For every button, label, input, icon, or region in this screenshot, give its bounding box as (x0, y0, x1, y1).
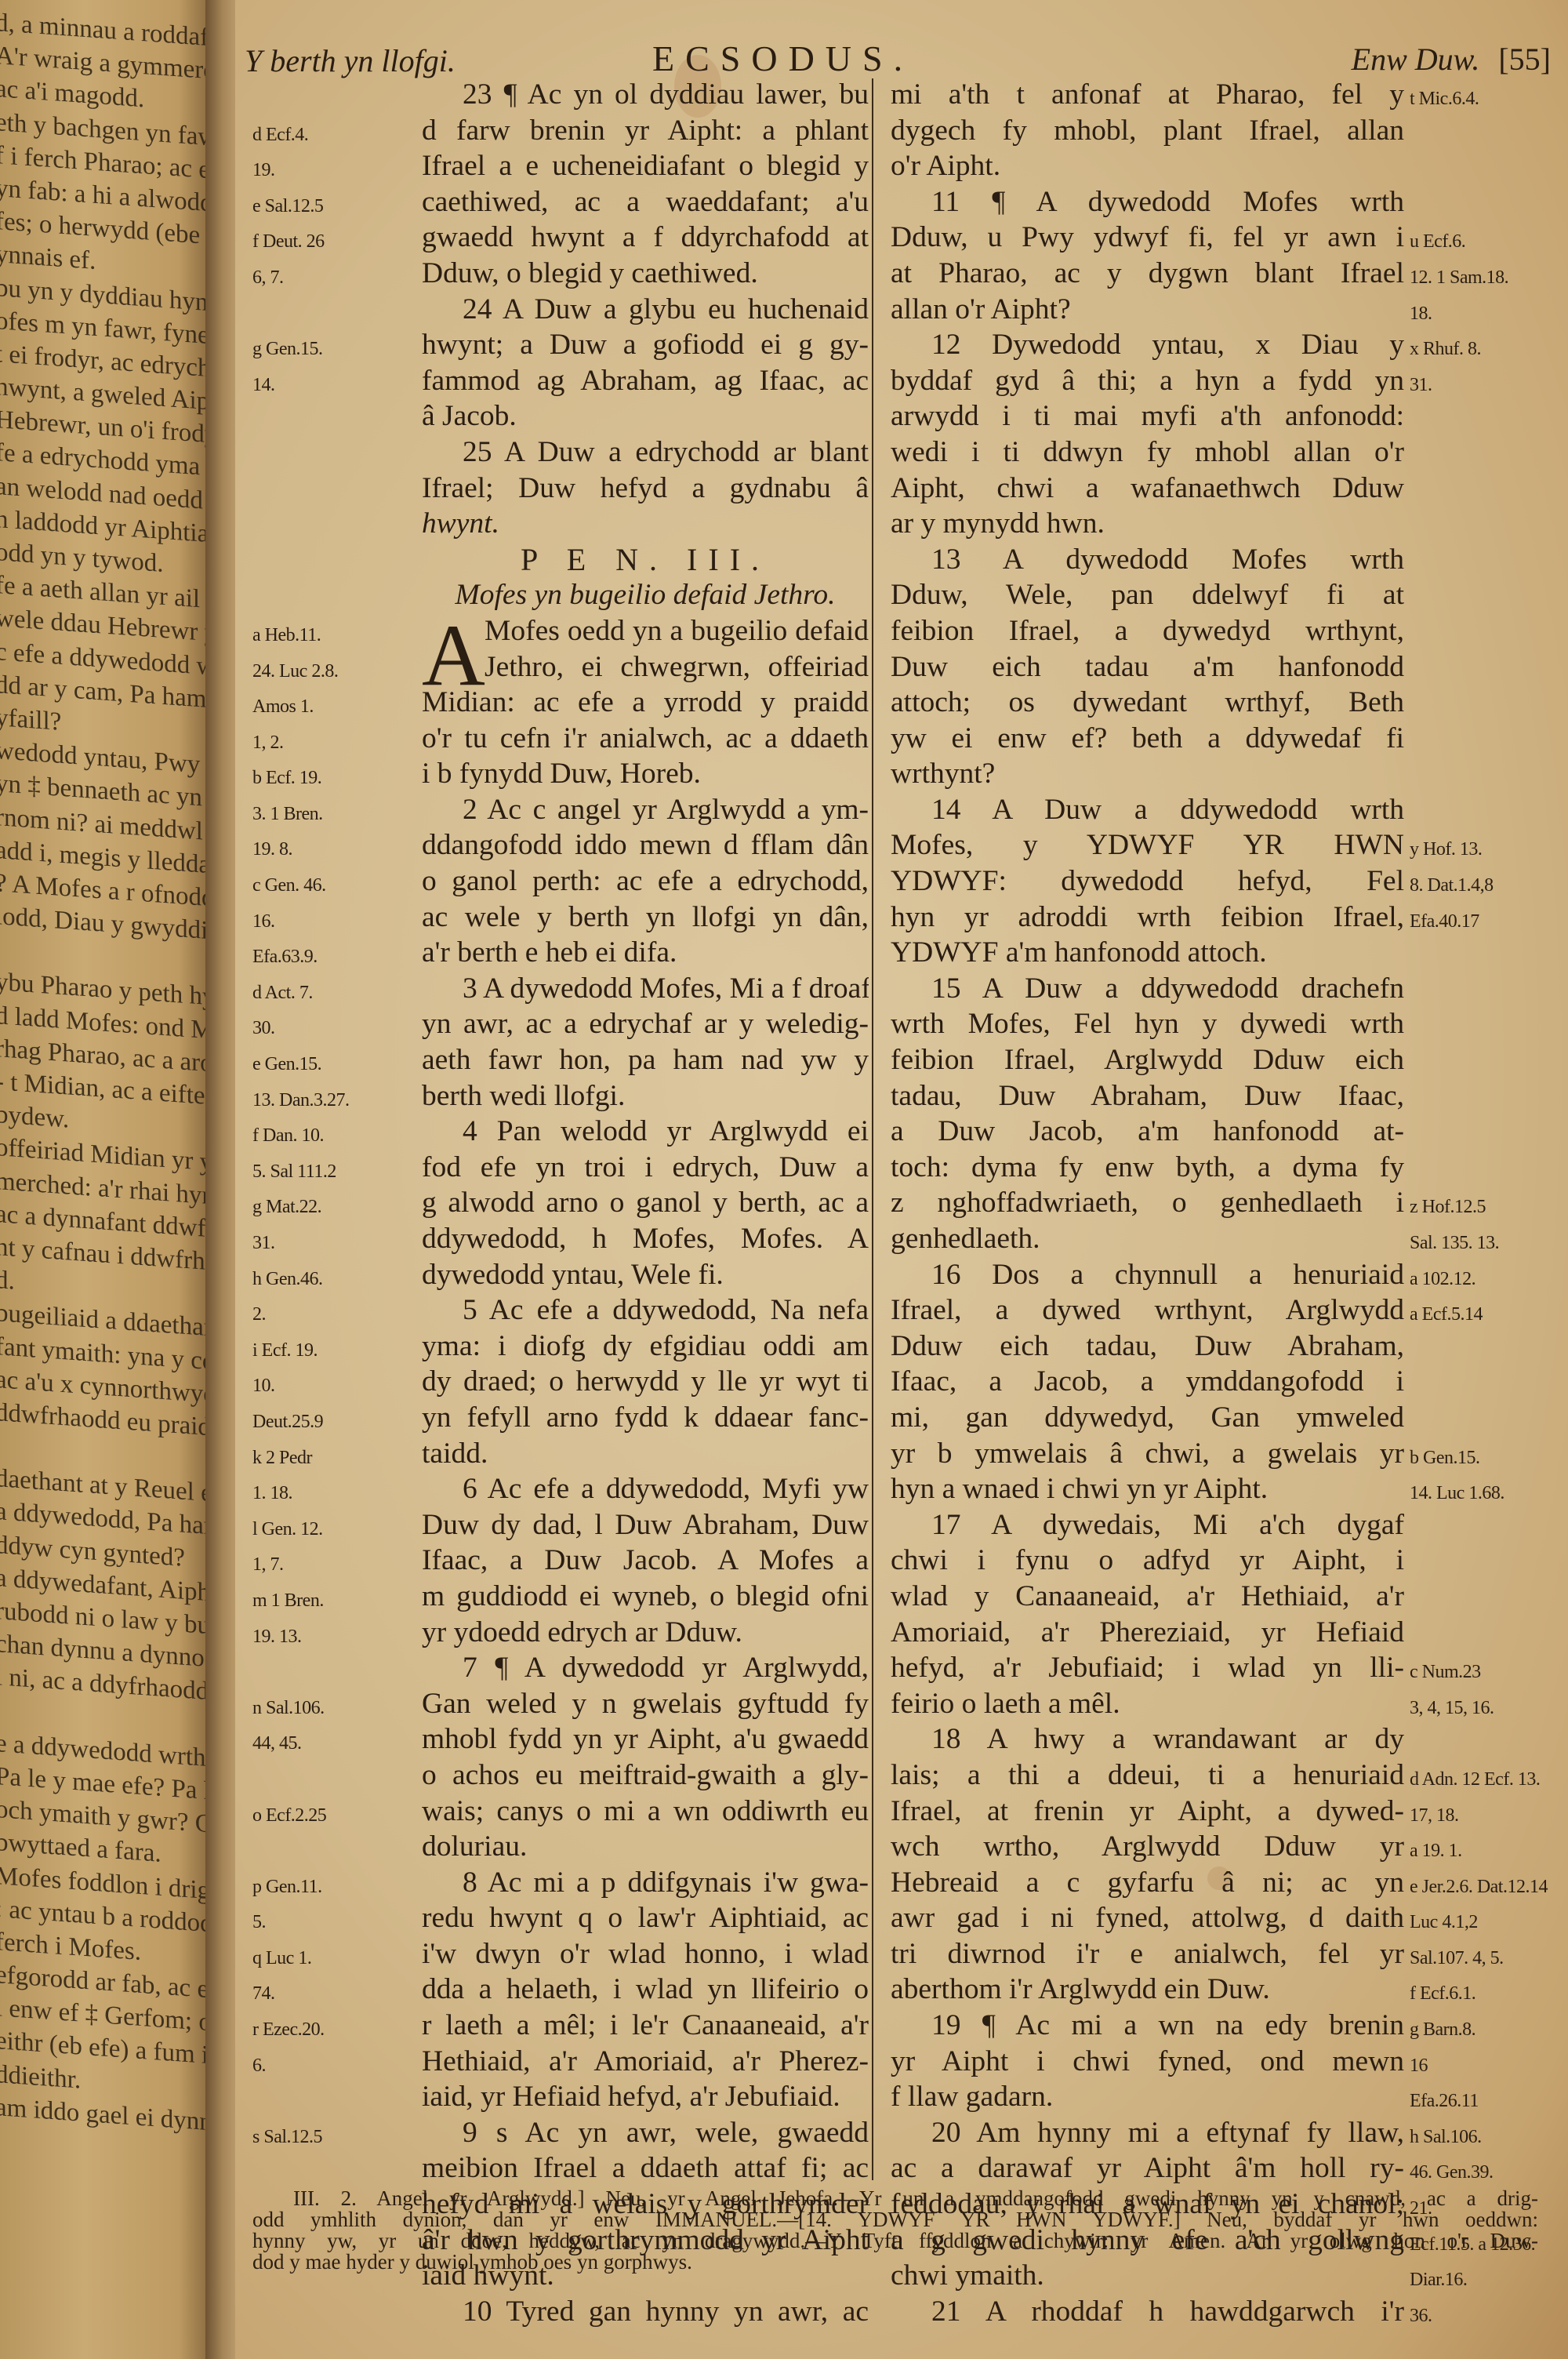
verse-text: ac wele y berth yn llofgi yn dân, (422, 900, 869, 936)
verse-line: Ifrael; Duw hefyd a gydnabu â (235, 471, 870, 507)
verse-text: 11 ¶ A dywedodd Mofes wrth (891, 184, 1404, 220)
verse-text: feibion Ifrael, Arglwydd Dduw eich (891, 1042, 1404, 1078)
verse-line: Ifrael, a dywed wrthynt, Arglwydda Ecf.5… (884, 1292, 1566, 1329)
verse-text: hyn yr adroddi wrth feibion Ifrael, (891, 900, 1404, 936)
verse-text: fammod ag Abraham, ag Ifaac, ac (422, 363, 869, 399)
verse-text: Aipht, chwi a wafanaethwch Dduw (891, 471, 1404, 507)
verse-line: 24 A Duw a glybu eu huchenaid (235, 292, 870, 328)
verse-line: arwydd i ti mai myfi a'th anfonodd: (884, 398, 1566, 434)
verse-line: doluriau. (235, 1829, 870, 1865)
verse-text: ac a darawaf yr Aipht â'm holl ry- (891, 2150, 1404, 2186)
verse-line: 14.fammod ag Abraham, ag Ifaac, ac (235, 363, 870, 399)
facing-page: d, a minnau a roddaf i tiA'r wraig a gym… (0, 0, 210, 2359)
verse-line: 13 A dywedodd Mofes wrth (884, 542, 1566, 578)
verse-text: fod efe yn troi i edrych, Duw a (422, 1150, 869, 1186)
verse-line: ar y mynydd hwn. (884, 506, 1566, 542)
column-divider (872, 78, 873, 2180)
page-number: [55] (1498, 42, 1551, 77)
verse-text: 21 A rhoddaf h hawddgarwch i'r (891, 2294, 1404, 2330)
verse-line: b Ecf. 19.i b fynydd Duw, Horeb. (235, 756, 870, 792)
left-column: 23 ¶ Ac yn ol dyddiau lawer, bud Ecf.4.d… (235, 77, 870, 2329)
verse-line: 44, 45.mhobl fydd yn yr Aipht, a'u gwaed… (235, 1721, 870, 1757)
verse-text: dda a helaeth, i wlad yn llifeirio o (422, 1972, 869, 2008)
verse-line: 17 A dywedais, Mi a'ch dygaf (884, 1507, 1566, 1543)
verse-text: d farw brenin yr Aipht: a phlant (422, 113, 869, 149)
verse-line: feibion Ifrael, Arglwydd Dduw eich (884, 1042, 1566, 1078)
verse-text: 8 Ac mi a p ddifgynais i'w gwa- (422, 1865, 869, 1901)
right-column: mi a'th t anfonaf at Pharao, fel yt Mic.… (884, 77, 1566, 2329)
verse-line: mi, gan ddywedyd, Gan ymweled (884, 1400, 1566, 1436)
verse-line: wrthynt? (884, 756, 1566, 792)
verse-line: YDWYF: dywedodd hefyd, Fel8. Dat.1.4,8 (884, 863, 1566, 900)
verse-line: yr Aipht i chwi fyned, ond mewn16 (884, 2044, 1566, 2080)
verse-line: a Duw Jacob, a'm hanfonodd at- (884, 1114, 1566, 1150)
verse-text: taidd. (422, 1436, 869, 1472)
verse-line: at Pharao, ac y dygwn blant Ifrael12. 1 … (884, 256, 1566, 292)
verse-text: Dduw, o blegid y caethiwed. (422, 256, 869, 292)
verse-text: 2 Ac c angel yr Arglwydd a ym- (422, 792, 869, 828)
verse-text: dywedodd yntau, Wele fi. (422, 1257, 869, 1293)
verse-text: feibion Ifrael, a dywedyd wrthynt, (891, 613, 1404, 649)
verse-line: 7 ¶ A dywedodd yr Arglwydd, (235, 1650, 870, 1686)
verse-text: Ifrael; Duw hefyd a gydnabu â (422, 471, 869, 507)
verse-line: 18 A hwy a wrandawant ar dy (884, 1721, 1566, 1757)
verse-line: tadau, Duw Abraham, Duw Ifaac, (884, 1078, 1566, 1114)
facing-page-text: d, a minnau a roddaf i tiA'r wraig a gym… (0, 6, 210, 2139)
verse-text: mi a'th t anfonaf at Pharao, fel y (891, 77, 1404, 113)
verse-text: i b fynydd Duw, Horeb. (422, 756, 869, 792)
verse-text: Duw eich tadau a'm hanfonodd (891, 649, 1404, 685)
verse-text: Dduw, u Pwy ydwyf fi, fel yr awn i (891, 220, 1404, 256)
verse-line: d Ecf.4.d farw brenin yr Aipht: a phlant (235, 113, 870, 149)
verse-text: Hebreaid a c gyfarfu â ni; ac yn (891, 1865, 1404, 1901)
verse-line: hwynt. (235, 506, 870, 542)
verse-line: hefyd, a'r Jebufiaid; i wlad yn lli-c Nu… (884, 1650, 1566, 1686)
verse-text: caethiwed, ac a waeddafant; a'u (422, 184, 869, 220)
verse-line: allan o'r Aipht?18. (884, 292, 1566, 328)
verse-text: Amoriaid, a'r Phereziaid, yr Hefiaid (891, 1615, 1404, 1651)
verse-line: feirio o laeth a mêl.3, 4, 15, 16. (884, 1686, 1566, 1722)
verse-text: aeth fawr hon, pa ham nad yw y (422, 1042, 869, 1078)
verse-line: k 2 Pedrtaidd. (235, 1436, 870, 1472)
verse-text: toch: dyma fy enw byth, a dyma fy (891, 1150, 1404, 1186)
verse-text: yn fefyll arno fydd k ddaear fanc- (422, 1400, 869, 1436)
verse-line: chwi i fynu o adfyd yr Aipht, i (884, 1543, 1566, 1579)
verse-line: aberthom i'r Arglwydd ein Duw.f Ecf.6.1. (884, 1972, 1566, 2008)
verse-text: mi, gan ddywedyd, Gan ymweled (891, 1400, 1404, 1436)
verse-text: hwynt; a Duw a gofiodd ei g gy- (422, 327, 869, 363)
verse-text: yma: i diofg dy efgidiau oddi am (422, 1329, 869, 1365)
verse-text: 5 Ac efe a ddywedodd, Na nefa (422, 1292, 869, 1329)
verse-line: 19. 8.ddangofodd iddo mewn d fflam dân (235, 827, 870, 863)
verse-text: 14 A Duw a ddywedodd wrth (891, 792, 1404, 828)
footnote-line: hynny yw, yr un ddoe, heddyw, ac yn drag… (252, 2230, 1538, 2252)
verse-text: 19 ¶ Ac mi a wn na edy brenin (891, 2008, 1404, 2044)
verse-line: 12 Dywedodd yntau, x Diau yx Rhuf. 8. (884, 327, 1566, 363)
verse-line: YDWYF a'm hanfonodd attoch. (884, 935, 1566, 971)
verse-text: hefyd, a'r Jebufiaid; i wlad yn lli- (891, 1650, 1404, 1686)
verse-text: gwaedd hwynt a f ddyrchafodd at (422, 220, 869, 256)
verse-text: P E N. III. (422, 542, 869, 578)
footnote-line: odd ymhlith dynion, dan yr enw IMMANUEL.… (252, 2209, 1538, 2230)
verse-line: n Sal.106.Gan weled y n gwelais gyftudd … (235, 1686, 870, 1722)
verse-text: m guddiodd ei wyneb, o blegid ofni (422, 1579, 869, 1615)
verse-text: ar y mynydd hwn. (891, 506, 1404, 542)
verse-line: 1. 18.6 Ac efe a ddywedodd, Myfi yw (235, 1471, 870, 1507)
verse-text: z nghoffadwriaeth, o genhedlaeth i (891, 1185, 1404, 1221)
verse-line: 19 ¶ Ac mi a wn na edy brening Barn.8. (884, 2008, 1566, 2044)
verse-line: feibion Ifrael, a dywedyd wrthynt, (884, 613, 1566, 649)
verse-text: 4 Pan welodd yr Arglwydd ei (422, 1114, 869, 1150)
verse-text: attoch; os dywedant wrthyf, Beth (891, 685, 1404, 721)
verse-line: wlad y Canaaneaid, a'r Hethiaid, a'r (884, 1579, 1566, 1615)
verse-line: d Act. 7.3 A dywedodd Mofes, Mi a f droa… (235, 971, 870, 1007)
verse-line: o achos eu meiftraid-gwaith a gly- (235, 1757, 870, 1794)
verse-text: wrth Mofes, Fel hyn y dywedi wrth (891, 1006, 1404, 1042)
verse-line: g Gen.15.hwynt; a Duw a gofiodd ei g gy- (235, 327, 870, 363)
verse-text: Ifrael a e ucheneidiafant o blegid y (422, 148, 869, 184)
verse-line: 3. 1 Bren.2 Ac c angel yr Arglwydd a ym- (235, 792, 870, 828)
verse-line: Deut.25.9yn fefyll arno fydd k ddaear fa… (235, 1400, 870, 1436)
verse-line: 23 ¶ Ac yn ol dyddiau lawer, bu (235, 77, 870, 113)
verse-line: 31.ddywedodd, h Mofes, Mofes. A (235, 1221, 870, 1257)
verse-text: tri diwrnod i'r e anialwch, fel yr (891, 1936, 1404, 1972)
footnotes: III. 2. Angel yr Arglwydd.] Neu, yr Ange… (252, 2188, 1538, 2273)
verse-text: Mofes oedd yn a bugeilio defaid (485, 613, 869, 649)
verse-text: YDWYF a'm hanfonodd attoch. (891, 935, 1404, 971)
verse-text: o achos eu meiftraid-gwaith a gly- (422, 1757, 869, 1794)
verse-text: f llaw gadarn. (891, 2079, 1404, 2115)
verse-line: meibion Ifrael a ddaeth attaf fi; ac (235, 2150, 870, 2186)
verse-text: aberthom i'r Arglwydd ein Duw. (891, 1972, 1404, 2008)
verse-line: 2.5 Ac efe a ddywedodd, Na nefa (235, 1292, 870, 1329)
verse-text: wrthynt? (891, 756, 1404, 792)
verse-line: 5. Sal 111.2fod efe yn troi i edrych, Du… (235, 1150, 870, 1186)
verse-line: s Sal.12.59 s Ac yn awr, wele, gwaedd (235, 2115, 870, 2151)
verse-text: 17 A dywedais, Mi a'ch dygaf (891, 1507, 1404, 1543)
verse-line: Duw eich tadau a'm hanfonodd (884, 649, 1566, 685)
book-page: Y berth yn llofgi. ECSODUS. Enw Duw. [55… (235, 0, 1568, 2359)
verse-text: 15 A Duw a ddywedodd drachefn (891, 971, 1404, 1007)
verse-text: o'r tu cefn i'r anialwch, ac a ddaeth (422, 721, 869, 757)
verse-line: 6.Hethiaid, a'r Amoriaid, a'r Pherez- (235, 2044, 870, 2080)
verse-text: yr b ymwelais â chwi, a gwelais yr (891, 1436, 1404, 1472)
verse-text: mhobl fydd yn yr Aipht, a'u gwaedd (422, 1721, 869, 1757)
verse-line: attoch; os dywedant wrthyf, Beth (884, 685, 1566, 721)
verse-text: Dduw, Wele, pan ddelwyf fi at (891, 577, 1404, 613)
verse-text: allan o'r Aipht? (891, 292, 1404, 328)
verse-line: e Gen.15.aeth fawr hon, pa ham nad yw y (235, 1042, 870, 1078)
verse-text: feirio o laeth a mêl. (891, 1686, 1404, 1722)
verse-line: 13. Dan.3.27.berth wedi llofgi. (235, 1078, 870, 1114)
verse-text: lais; a thi a ddeui, ti a henuriaid (891, 1757, 1404, 1794)
verse-line: Mofes, y YDWYF YR HWNy Hof. 13. (884, 827, 1566, 863)
verse-text: â Jacob. (422, 398, 869, 434)
verse-line: Ifrael, at frenin yr Aipht, a dywed-17, … (884, 1794, 1566, 1830)
verse-text: wch wrtho, Arglwydd Dduw yr (891, 1829, 1404, 1865)
verse-line: a Heb.11.Mofes oedd yn a bugeilio defaid… (235, 613, 870, 649)
verse-line: awr gad i ni fyned, attolwg, d daithLuc … (884, 1900, 1566, 1936)
verse-line: wch wrtho, Arglwydd Dduw yra 19. 1. (884, 1829, 1566, 1865)
verse-line: hyn yr adroddi wrth feibion Ifrael,Efa.4… (884, 900, 1566, 936)
verse-text: a'r berth e heb ei difa. (422, 935, 869, 971)
verse-text: arwydd i ti mai myfi a'th anfonodd: (891, 398, 1404, 434)
verse-text: ddangofodd iddo mewn d fflam dân (422, 827, 869, 863)
verse-text: redu hwynt q o law'r Aiphtiaid, ac (422, 1900, 869, 1936)
verse-line: g Mat.22.g alwodd arno o ganol y berth, … (235, 1185, 870, 1221)
verse-line: 6, 7.Dduw, o blegid y caethiwed. (235, 256, 870, 292)
verse-text: 16 Dos a chynnull a henuriaid (891, 1257, 1404, 1293)
verse-text: 24 A Duw a glybu eu huchenaid (422, 292, 869, 328)
verse-text: 3 A dywedodd Mofes, Mi a f droaf (422, 971, 869, 1007)
verse-line: byddaf gyd â thi; a hyn a fydd yn31. (884, 363, 1566, 399)
verse-text: i'w dwyn o'r wlad honno, i wlad (422, 1936, 869, 1972)
verse-line: 30.yn awr, ac a edrychaf ar y weledig- (235, 1006, 870, 1042)
verse-text: wedi i ti ddwyn fy mhobl allan o'r (891, 434, 1404, 471)
verse-line: r Ezec.20.r laeth a mêl; i le'r Canaanea… (235, 2008, 870, 2044)
verse-text: 12 Dywedodd yntau, x Diau y (891, 327, 1404, 363)
verse-line: wedi i ti ddwyn fy mhobl allan o'r (884, 434, 1566, 471)
verse-line: genhedlaeth.Sal. 135. 13. (884, 1221, 1566, 1257)
verse-line: 16.ac wele y berth yn llofgi yn dân, (235, 900, 870, 936)
verse-text: Ifrael, at frenin yr Aipht, a dywed- (891, 1794, 1404, 1830)
book-title: ECSODUS. (652, 38, 913, 79)
chapter-summary: Mofes yn bugeilio defaid Jethro. (235, 577, 870, 613)
verse-text: 7 ¶ A dywedodd yr Arglwydd, (422, 1650, 869, 1686)
verse-line: iaid, yr Hefiaid hefyd, a'r Jebufiaid. (235, 2079, 870, 2115)
verse-line: 1, 2.o'r tu cefn i'r anialwch, ac a ddae… (235, 721, 870, 757)
verse-text: tadau, Duw Abraham, Duw Ifaac, (891, 1078, 1404, 1114)
verse-text: doluriau. (422, 1829, 869, 1865)
footnote-line: III. 2. Angel yr Arglwydd.] Neu, yr Ange… (252, 2188, 1538, 2209)
verse-text: ddywedodd, h Mofes, Mofes. A (422, 1221, 869, 1257)
verse-text: dygech fy mhobl, plant Ifrael, allan (891, 113, 1404, 149)
verse-line: o'r Aipht. (884, 148, 1566, 184)
verse-line: Dduw, u Pwy ydwyf fi, fel yr awn iu Ecf.… (884, 220, 1566, 256)
verse-line: f llaw gadarn.Efa.26.11 (884, 2079, 1566, 2115)
verse-line: q Luc 1.i'w dwyn o'r wlad honno, i wlad (235, 1936, 870, 1972)
verse-line: Amos 1.Midian: ac efe a yrrodd y praidd (235, 685, 870, 721)
verse-text: 13 A dywedodd Mofes wrth (891, 542, 1404, 578)
verse-line: hyn a wnaed i chwi yn yr Aipht.14. Luc 1… (884, 1471, 1566, 1507)
verse-text: Dduw eich tadau, Duw Abraham, (891, 1329, 1404, 1365)
verse-text: iaid, yr Hefiaid hefyd, a'r Jebufiaid. (422, 2079, 869, 2115)
verse-text: Gan weled y n gwelais gyftudd fy (422, 1686, 869, 1722)
verse-line: tri diwrnod i'r e anialwch, fel yrSal.10… (884, 1936, 1566, 1972)
verse-text: Ifrael, a dywed wrthynt, Arglwydd (891, 1292, 1404, 1329)
verse-line: 25 A Duw a edrychodd ar blant (235, 434, 870, 471)
verse-text: meibion Ifrael a ddaeth attaf fi; ac (422, 2150, 869, 2186)
verse-line: 16 Dos a chynnull a henuriaida 102.12. (884, 1257, 1566, 1293)
verse-line: Dduw eich tadau, Duw Abraham, (884, 1329, 1566, 1365)
verse-text: hyn a wnaed i chwi yn yr Aipht. (891, 1471, 1404, 1507)
verse-line: l Gen. 12.Duw dy dad, l Duw Abraham, Duw (235, 1507, 870, 1543)
verse-text: at Pharao, ac y dygwn blant Ifrael (891, 256, 1404, 292)
verse-line: i Ecf. 19.yma: i diofg dy efgidiau oddi … (235, 1329, 870, 1365)
verse-text: 18 A hwy a wrandawant ar dy (891, 1721, 1404, 1757)
verse-text: a Duw Jacob, a'm hanfonodd at- (891, 1114, 1404, 1150)
verse-line: 21 A rhoddaf h hawddgarwch i'r36. (884, 2294, 1566, 2330)
verse-line: dygech fy mhobl, plant Ifrael, allan (884, 113, 1566, 149)
header-right: Enw Duw. [55] (1352, 41, 1551, 78)
verse-line: c Gen. 46.o ganol perth: ac efe a edrych… (235, 863, 870, 900)
verse-text: berth wedi llofgi. (422, 1078, 869, 1114)
verse-text: awr gad i ni fyned, attolwg, d daith (891, 1900, 1404, 1936)
header-right-title: Enw Duw. (1352, 42, 1480, 77)
verse-line: mi a'th t anfonaf at Pharao, fel yt Mic.… (884, 77, 1566, 113)
verse-line: o Ecf.2.25wais; canys o mi a wn oddiwrth… (235, 1794, 870, 1830)
verse-line: 20 Am hynny mi a eftynaf fy llaw,h Sal.1… (884, 2115, 1566, 2151)
verse-text: o ganol perth: ac efe a edrychodd, (422, 863, 869, 900)
verse-text: 6 Ac efe a ddywedodd, Myfi yw (422, 1471, 869, 1507)
verse-text: genhedlaeth. (891, 1221, 1404, 1257)
verse-text: 23 ¶ Ac yn ol dyddiau lawer, bu (422, 77, 869, 113)
verse-line: z nghoffadwriaeth, o genhedlaeth iz Hof.… (884, 1185, 1566, 1221)
verse-text: r laeth a mêl; i le'r Canaaneaid, a'r (422, 2008, 869, 2044)
verse-text: yw ei enw ef? beth a ddywedaf fi (891, 721, 1404, 757)
margin-reference: 36. (1410, 2299, 1566, 2335)
verse-line: 14 A Duw a ddywedodd wrth (884, 792, 1566, 828)
verse-line: p Gen.11.8 Ac mi a p ddifgynais i'w gwa- (235, 1865, 870, 1901)
verse-line: yw ei enw ef? beth a ddywedaf fi (884, 721, 1566, 757)
verse-line: Amoriaid, a'r Phereziaid, yr Hefiaid (884, 1615, 1566, 1651)
verse-line: h Gen.46.dywedodd yntau, Wele fi. (235, 1257, 870, 1293)
verse-text: chwi i fynu o adfyd yr Aipht, i (891, 1543, 1404, 1579)
verse-text: o'r Aipht. (891, 148, 1404, 184)
verse-line: f Deut. 26gwaedd hwynt a f ddyrchafodd a… (235, 220, 870, 256)
verse-text: Midian: ac efe a yrrodd y praidd (422, 685, 869, 721)
verse-line: 5.redu hwynt q o law'r Aiphtiaid, ac (235, 1900, 870, 1936)
verse-line: m 1 Bren.m guddiodd ei wyneb, o blegid o… (235, 1579, 870, 1615)
verse-line: e Sal.12.5caethiwed, ac a waeddafant; a'… (235, 184, 870, 220)
verse-text: wlad y Canaaneaid, a'r Hethiaid, a'r (891, 1579, 1404, 1615)
verse-text: 10 Tyred gan hynny yn awr, ac (422, 2294, 869, 2330)
verse-line: lais; a thi a ddeui, ti a henuriaidd Adn… (884, 1757, 1566, 1794)
verse-text: dy draed; o herwydd y lle yr wyt ti (422, 1364, 869, 1400)
verse-text: Mofes yn bugeilio defaid Jethro. (422, 577, 869, 613)
verse-text: 25 A Duw a edrychodd ar blant (422, 434, 869, 471)
footnote-line: dod y mae hyder y duwiol ymhob oes yn go… (252, 2252, 1538, 2273)
verse-text: 20 Am hynny mi a eftynaf fy llaw, (891, 2115, 1404, 2151)
verse-text: yn awr, ac a edrychaf ar y weledig- (422, 1006, 869, 1042)
verse-line: Dduw, Wele, pan ddelwyf fi at (884, 577, 1566, 613)
verse-text: wais; canys o mi a wn oddiwrth eu (422, 1794, 869, 1830)
verse-line: 19. 13.yr ydoedd edrych ar Dduw. (235, 1615, 870, 1651)
verse-text: yr Aipht i chwi fyned, ond mewn (891, 2044, 1404, 2080)
verse-line: Ifaac, a Jacob, a ymddangofodd i (884, 1364, 1566, 1400)
verse-text: yr ydoedd edrych ar Dduw. (422, 1615, 869, 1651)
verse-text: Jethro, ei chwegrwn, offeiriad (485, 649, 869, 685)
verse-line: 10 Tyred gan hynny yn awr, ac (235, 2294, 870, 2330)
verse-line: 74.dda a helaeth, i wlad yn llifeirio o (235, 1972, 870, 2008)
verse-text: YDWYF: dywedodd hefyd, Fel (891, 863, 1404, 900)
verse-line: Aipht, chwi a wafanaethwch Dduw (884, 471, 1566, 507)
verse-text: hwynt. (422, 506, 869, 542)
verse-text: Hethiaid, a'r Amoriaid, a'r Pherez- (422, 2044, 869, 2080)
verse-line: Hebreaid a c gyfarfu â ni; ac yne Jer.2.… (884, 1865, 1566, 1901)
chapter-chapter: P E N. III. (235, 542, 870, 578)
verse-text: Ifaac, a Duw Jacob. A Mofes a (422, 1543, 869, 1579)
verse-line: 15 A Duw a ddywedodd drachefn (884, 971, 1566, 1007)
verse-text: byddaf gyd â thi; a hyn a fydd yn (891, 363, 1404, 399)
verse-text: Duw dy dad, l Duw Abraham, Duw (422, 1507, 869, 1543)
verse-line: wrth Mofes, Fel hyn y dywedi wrth (884, 1006, 1566, 1042)
verse-line: f Dan. 10.4 Pan welodd yr Arglwydd ei (235, 1114, 870, 1150)
header-left-title: Y berth yn llofgi. (245, 42, 456, 79)
verse-line: 24. Luc 2.8.Jethro, ei chwegrwn, offeiri… (235, 649, 870, 685)
verse-line: Efa.63.9.a'r berth e heb ei difa. (235, 935, 870, 971)
verse-text: 9 s Ac yn awr, wele, gwaedd (422, 2115, 869, 2151)
verse-line: ac a darawaf yr Aipht â'm holl ry-46. Ge… (884, 2150, 1566, 2186)
verse-line: 1, 7.Ifaac, a Duw Jacob. A Mofes a (235, 1543, 870, 1579)
verse-text: Mofes, y YDWYF YR HWN (891, 827, 1404, 863)
verse-text: g alwodd arno o ganol y berth, ac a (422, 1185, 869, 1221)
verse-line: 10.dy draed; o herwydd y lle yr wyt ti (235, 1364, 870, 1400)
verse-line: 11 ¶ A dywedodd Mofes wrth (884, 184, 1566, 220)
verse-line: 19.Ifrael a e ucheneidiafant o blegid y (235, 148, 870, 184)
verse-line: yr b ymwelais â chwi, a gwelais yrb Gen.… (884, 1436, 1566, 1472)
verse-line: toch: dyma fy enw byth, a dyma fy (884, 1150, 1566, 1186)
verse-line: â Jacob. (235, 398, 870, 434)
verse-text: Ifaac, a Jacob, a ymddangofodd i (891, 1364, 1404, 1400)
